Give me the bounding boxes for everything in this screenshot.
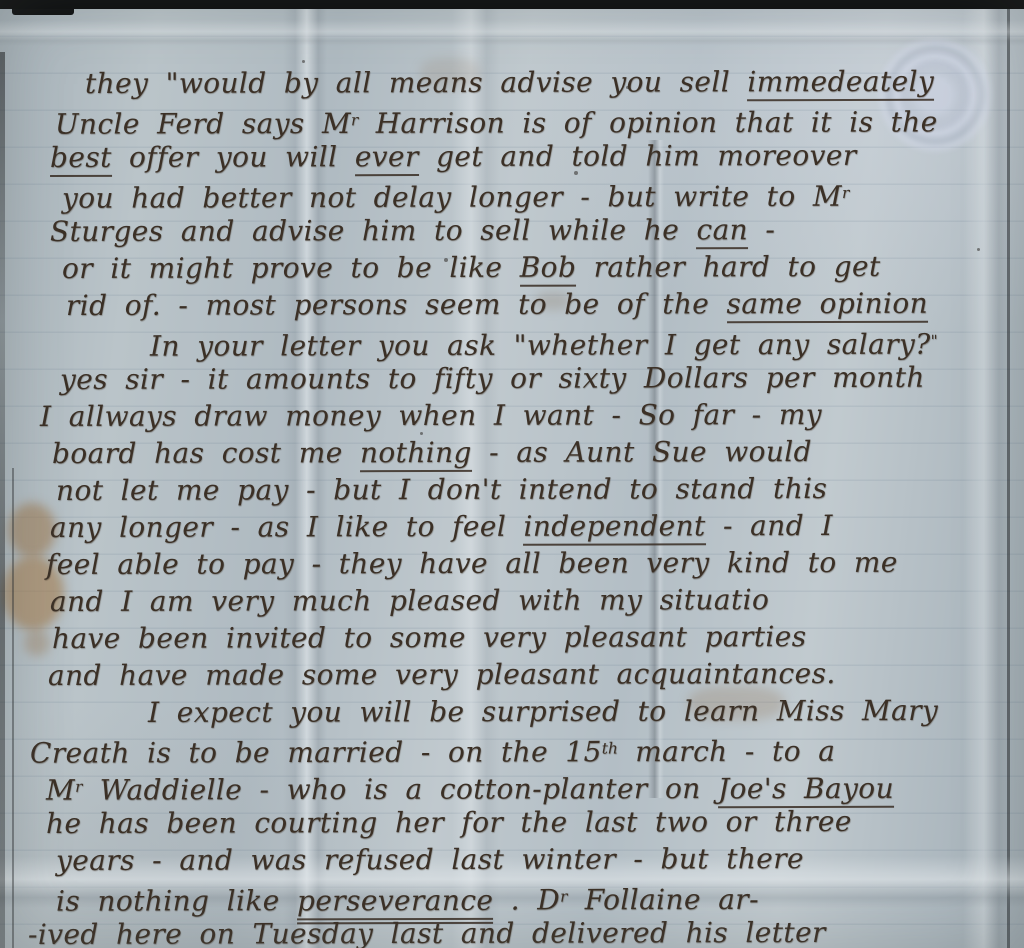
paper-vignette xyxy=(0,0,1024,948)
letter-page: they "would by all means advise you sell… xyxy=(0,0,1024,948)
